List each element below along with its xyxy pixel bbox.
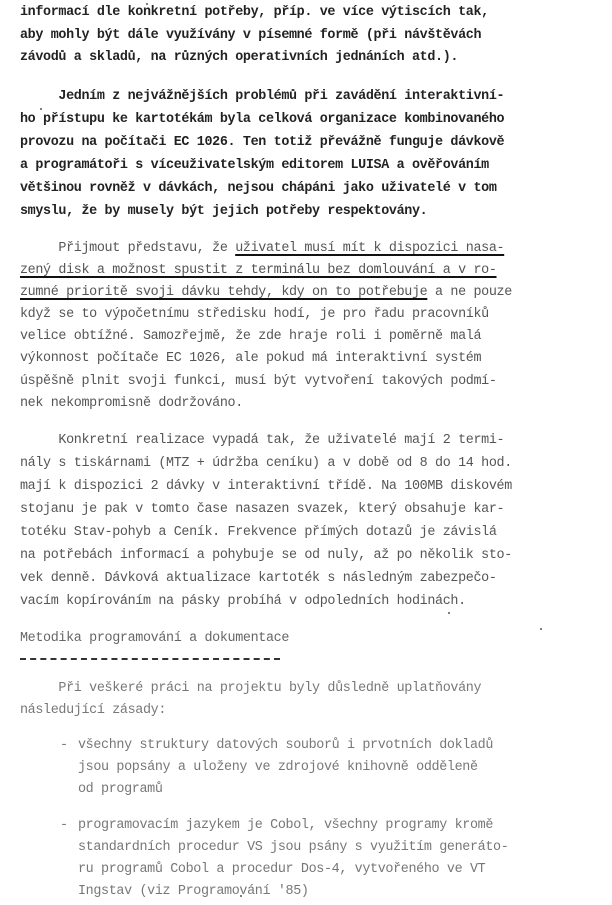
list-bullet: -	[60, 737, 68, 754]
text-line: Při veškeré práci na projektu byly důsle…	[20, 680, 481, 697]
underlined-text: zumné prioritě svoji dávku tehdy, kdy on…	[20, 285, 427, 300]
scan-speck	[540, 628, 542, 630]
text-line: stojanu je pak v tomto čase nasazen svaz…	[20, 501, 504, 518]
document-page: informací dle konkretní potřeby, příp. v…	[0, 0, 612, 905]
list-bullet: -	[60, 817, 68, 834]
text-line: většinou rovněž v dávkách, nejsou chápán…	[20, 180, 497, 197]
text-line: a programátoři s víceuživatelským editor…	[20, 157, 489, 174]
text-line: nek nekompromisně dodržováno.	[20, 395, 243, 412]
text-line: Konkretní realizace vypadá tak, že uživa…	[20, 432, 504, 449]
text-line: smyslu, že by musely být jejich potřeby …	[20, 203, 427, 220]
text-line: závodů a skladů, na různých operativních…	[20, 49, 458, 66]
underlined-text: uživatel musí mít k dispozici nasa-	[235, 241, 504, 256]
scan-speck	[40, 108, 42, 110]
text-line: všechny struktury datových souborů i prv…	[78, 737, 493, 754]
heading-dashed-rule	[20, 658, 280, 660]
text-line: Ingstav (viz Programování '85)	[78, 883, 309, 900]
text-line: mají k dispozici 2 dávky v interaktivní …	[20, 478, 512, 495]
text-line: výkonnost počítače EC 1026, ale pokud má…	[20, 350, 481, 367]
text-line: vek denně. Dávková aktualizace kartoték …	[20, 570, 497, 587]
section-heading: Metodika programování a dokumentace	[20, 630, 289, 647]
text-line: informací dle konkretní potřeby, příp. v…	[20, 4, 489, 21]
text-line: jsou popsány a uloženy ve zdrojové kniho…	[78, 759, 478, 776]
text-line: od programů	[78, 781, 163, 798]
text-line: nály s tiskárnami (MTZ + údržba ceníku) …	[20, 455, 512, 472]
text-line: následující zásady:	[20, 702, 166, 719]
text-line: zený disk a možnost spustit z terminálu …	[20, 262, 497, 279]
text-line: totéku Stav-pohyb a Ceník. Frekvence pří…	[20, 524, 497, 541]
scan-speck	[240, 895, 242, 897]
underlined-text: zený disk a možnost spustit z terminálu …	[20, 263, 497, 278]
text-line: když se to výpočetnímu středisku hodí, j…	[20, 306, 489, 323]
text-line: Jedním z nejvážnějších problémů při zavá…	[20, 88, 504, 105]
text-line: aby mohly být dále využívány v písemné f…	[20, 27, 481, 44]
text-line: Přijmout představu, že uživatel musí mít…	[20, 240, 504, 257]
text-line: velice obtížné. Samozřejmě, že zde hraje…	[20, 328, 481, 345]
text-line: provozu na počítači EC 1026. Ten totiž p…	[20, 134, 504, 151]
text-line: úspěšně plnit svoji funkci, musí být vyt…	[20, 373, 497, 390]
text-line: na potřebách informací a pohybuje se od …	[20, 547, 512, 564]
text-line: ru programů Cobol a procedur Dos-4, vytv…	[78, 861, 485, 878]
text-line: ho přístupu ke kartotékám byla celková o…	[20, 111, 504, 128]
scan-speck	[146, 3, 148, 5]
text-line: standardních procedur VS jsou psány s vy…	[78, 839, 508, 856]
text-line: zumné prioritě svoji dávku tehdy, kdy on…	[20, 284, 512, 301]
plain-text: Přijmout představu, že	[20, 241, 235, 256]
plain-text: a ne pouze	[427, 285, 512, 300]
scan-speck	[448, 612, 450, 614]
text-line: vacím kopírováním na pásky probíhá v odp…	[20, 593, 466, 610]
text-line: programovacím jazykem je Cobol, všechny …	[78, 817, 493, 834]
